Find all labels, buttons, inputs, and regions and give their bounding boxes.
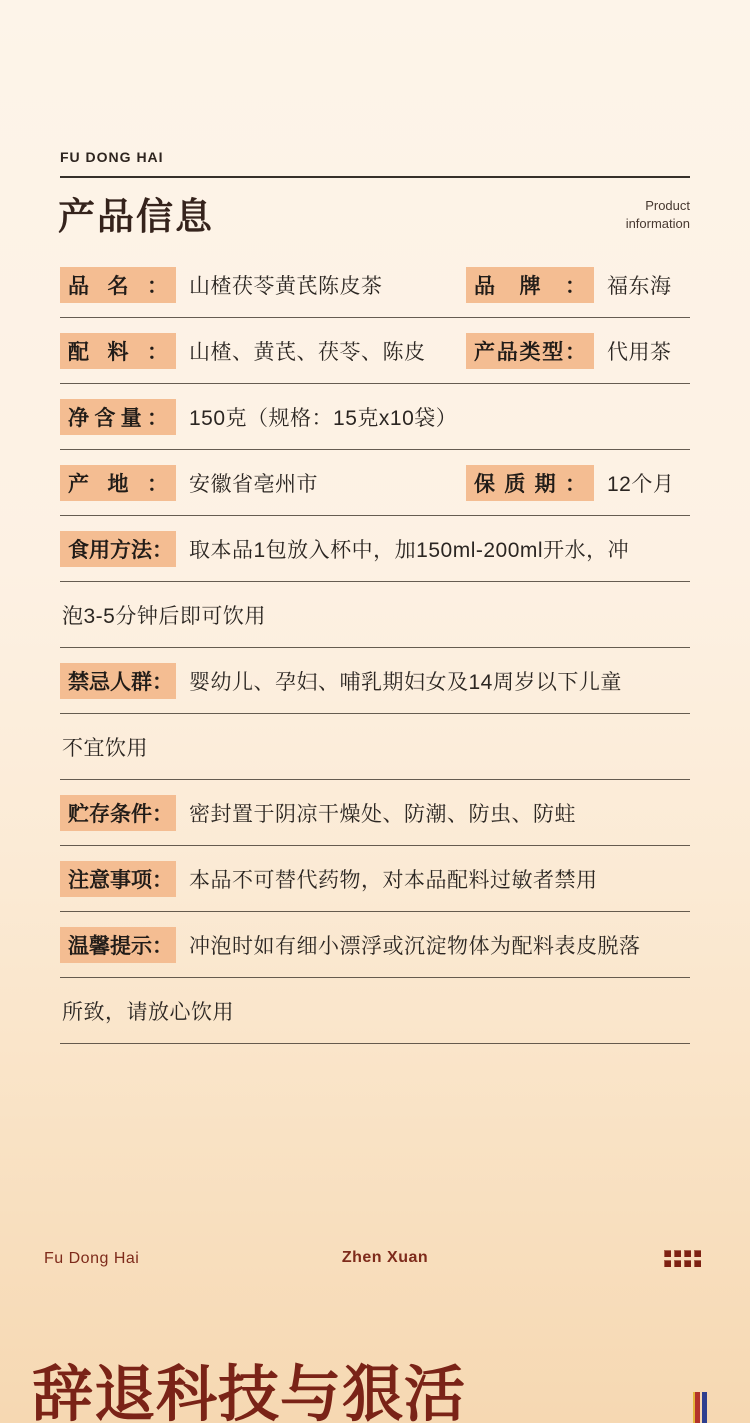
field-value: 泡3-5分钟后即可饮用 — [62, 600, 266, 630]
info-row: 品名：山楂茯苓黄芪陈皮茶品牌：福东海 — [60, 252, 690, 318]
info-row: 不宜饮用 — [60, 714, 690, 780]
field-value: 150克（规格：15克x10袋） — [189, 402, 457, 432]
field-value: 山楂、黄芪、茯苓、陈皮 — [189, 336, 426, 366]
field-value: 代用茶 — [607, 336, 672, 366]
info-row: 禁忌人群：婴幼儿、孕妇、哺乳期妇女及14周岁以下儿童 — [60, 648, 690, 714]
footer-brand-center: Zhen Xuan — [0, 1249, 750, 1267]
field-label: 净含量： — [60, 399, 176, 435]
field-value: 冲泡时如有细小漂浮或沉淀物体为配料表皮脱落 — [189, 930, 641, 960]
info-row: 贮存条件：密封置于阴凉干燥处、防潮、防虫、防蛀 — [60, 780, 690, 846]
field-value: 安徽省亳州市 — [189, 468, 318, 498]
field-label: 配料： — [60, 333, 176, 369]
field-label: 品名： — [60, 267, 176, 303]
info-row: 所致，请放心饮用 — [60, 978, 690, 1044]
info-row: 泡3-5分钟后即可饮用 — [60, 582, 690, 648]
page-title: 产品信息 — [58, 186, 214, 240]
field-value: 本品不可替代药物，对本品配料过敏者禁用 — [189, 864, 598, 894]
info-row: 注意事项：本品不可替代药物，对本品配料过敏者禁用 — [60, 846, 690, 912]
squares-grid-icon — [664, 1250, 704, 1267]
field-value: 所致，请放心饮用 — [62, 996, 234, 1026]
field-label: 保质期： — [466, 465, 594, 501]
bottom-slogan: 辞退科技与狠活 — [32, 1364, 466, 1423]
info-row: 温馨提示：冲泡时如有细小漂浮或沉淀物体为配料表皮脱落 — [60, 912, 690, 978]
info-row: 净含量：150克（规格：15克x10袋） — [60, 384, 690, 450]
field-label: 注意事项： — [60, 861, 176, 897]
field-label: 产地： — [60, 465, 176, 501]
field-label: 品牌： — [466, 267, 594, 303]
field-label: 食用方法： — [60, 531, 176, 567]
field-label: 禁忌人群： — [60, 663, 176, 699]
brand-wordmark: FU DONG HAI — [60, 149, 164, 165]
page-subtitle-en: Product information — [626, 197, 690, 232]
field-value: 不宜饮用 — [62, 732, 148, 762]
info-table: 品名：山楂茯苓黄芪陈皮茶品牌：福东海配料：山楂、黄芪、茯苓、陈皮产品类型：代用茶… — [60, 252, 690, 1044]
field-value: 婴幼儿、孕妇、哺乳期妇女及14周岁以下儿童 — [189, 666, 622, 696]
field-label: 温馨提示： — [60, 927, 176, 963]
info-row: 产地：安徽省亳州市保质期：12个月 — [60, 450, 690, 516]
field-value: 12个月 — [607, 468, 674, 498]
title-divider — [60, 176, 690, 178]
field-value: 取本品1包放入杯中，加150ml-200ml开水，冲 — [189, 534, 629, 564]
field-value: 山楂茯苓黄芪陈皮茶 — [189, 270, 383, 300]
field-value: 福东海 — [607, 270, 672, 300]
info-row: 食用方法：取本品1包放入杯中，加150ml-200ml开水，冲 — [60, 516, 690, 582]
info-row: 配料：山楂、黄芪、茯苓、陈皮产品类型：代用茶 — [60, 318, 690, 384]
field-label: 产品类型： — [466, 333, 594, 369]
field-label: 贮存条件： — [60, 795, 176, 831]
field-value: 密封置于阴凉干燥处、防潮、防虫、防蛀 — [189, 798, 576, 828]
ribbon-bookmark-icon — [693, 1392, 707, 1423]
